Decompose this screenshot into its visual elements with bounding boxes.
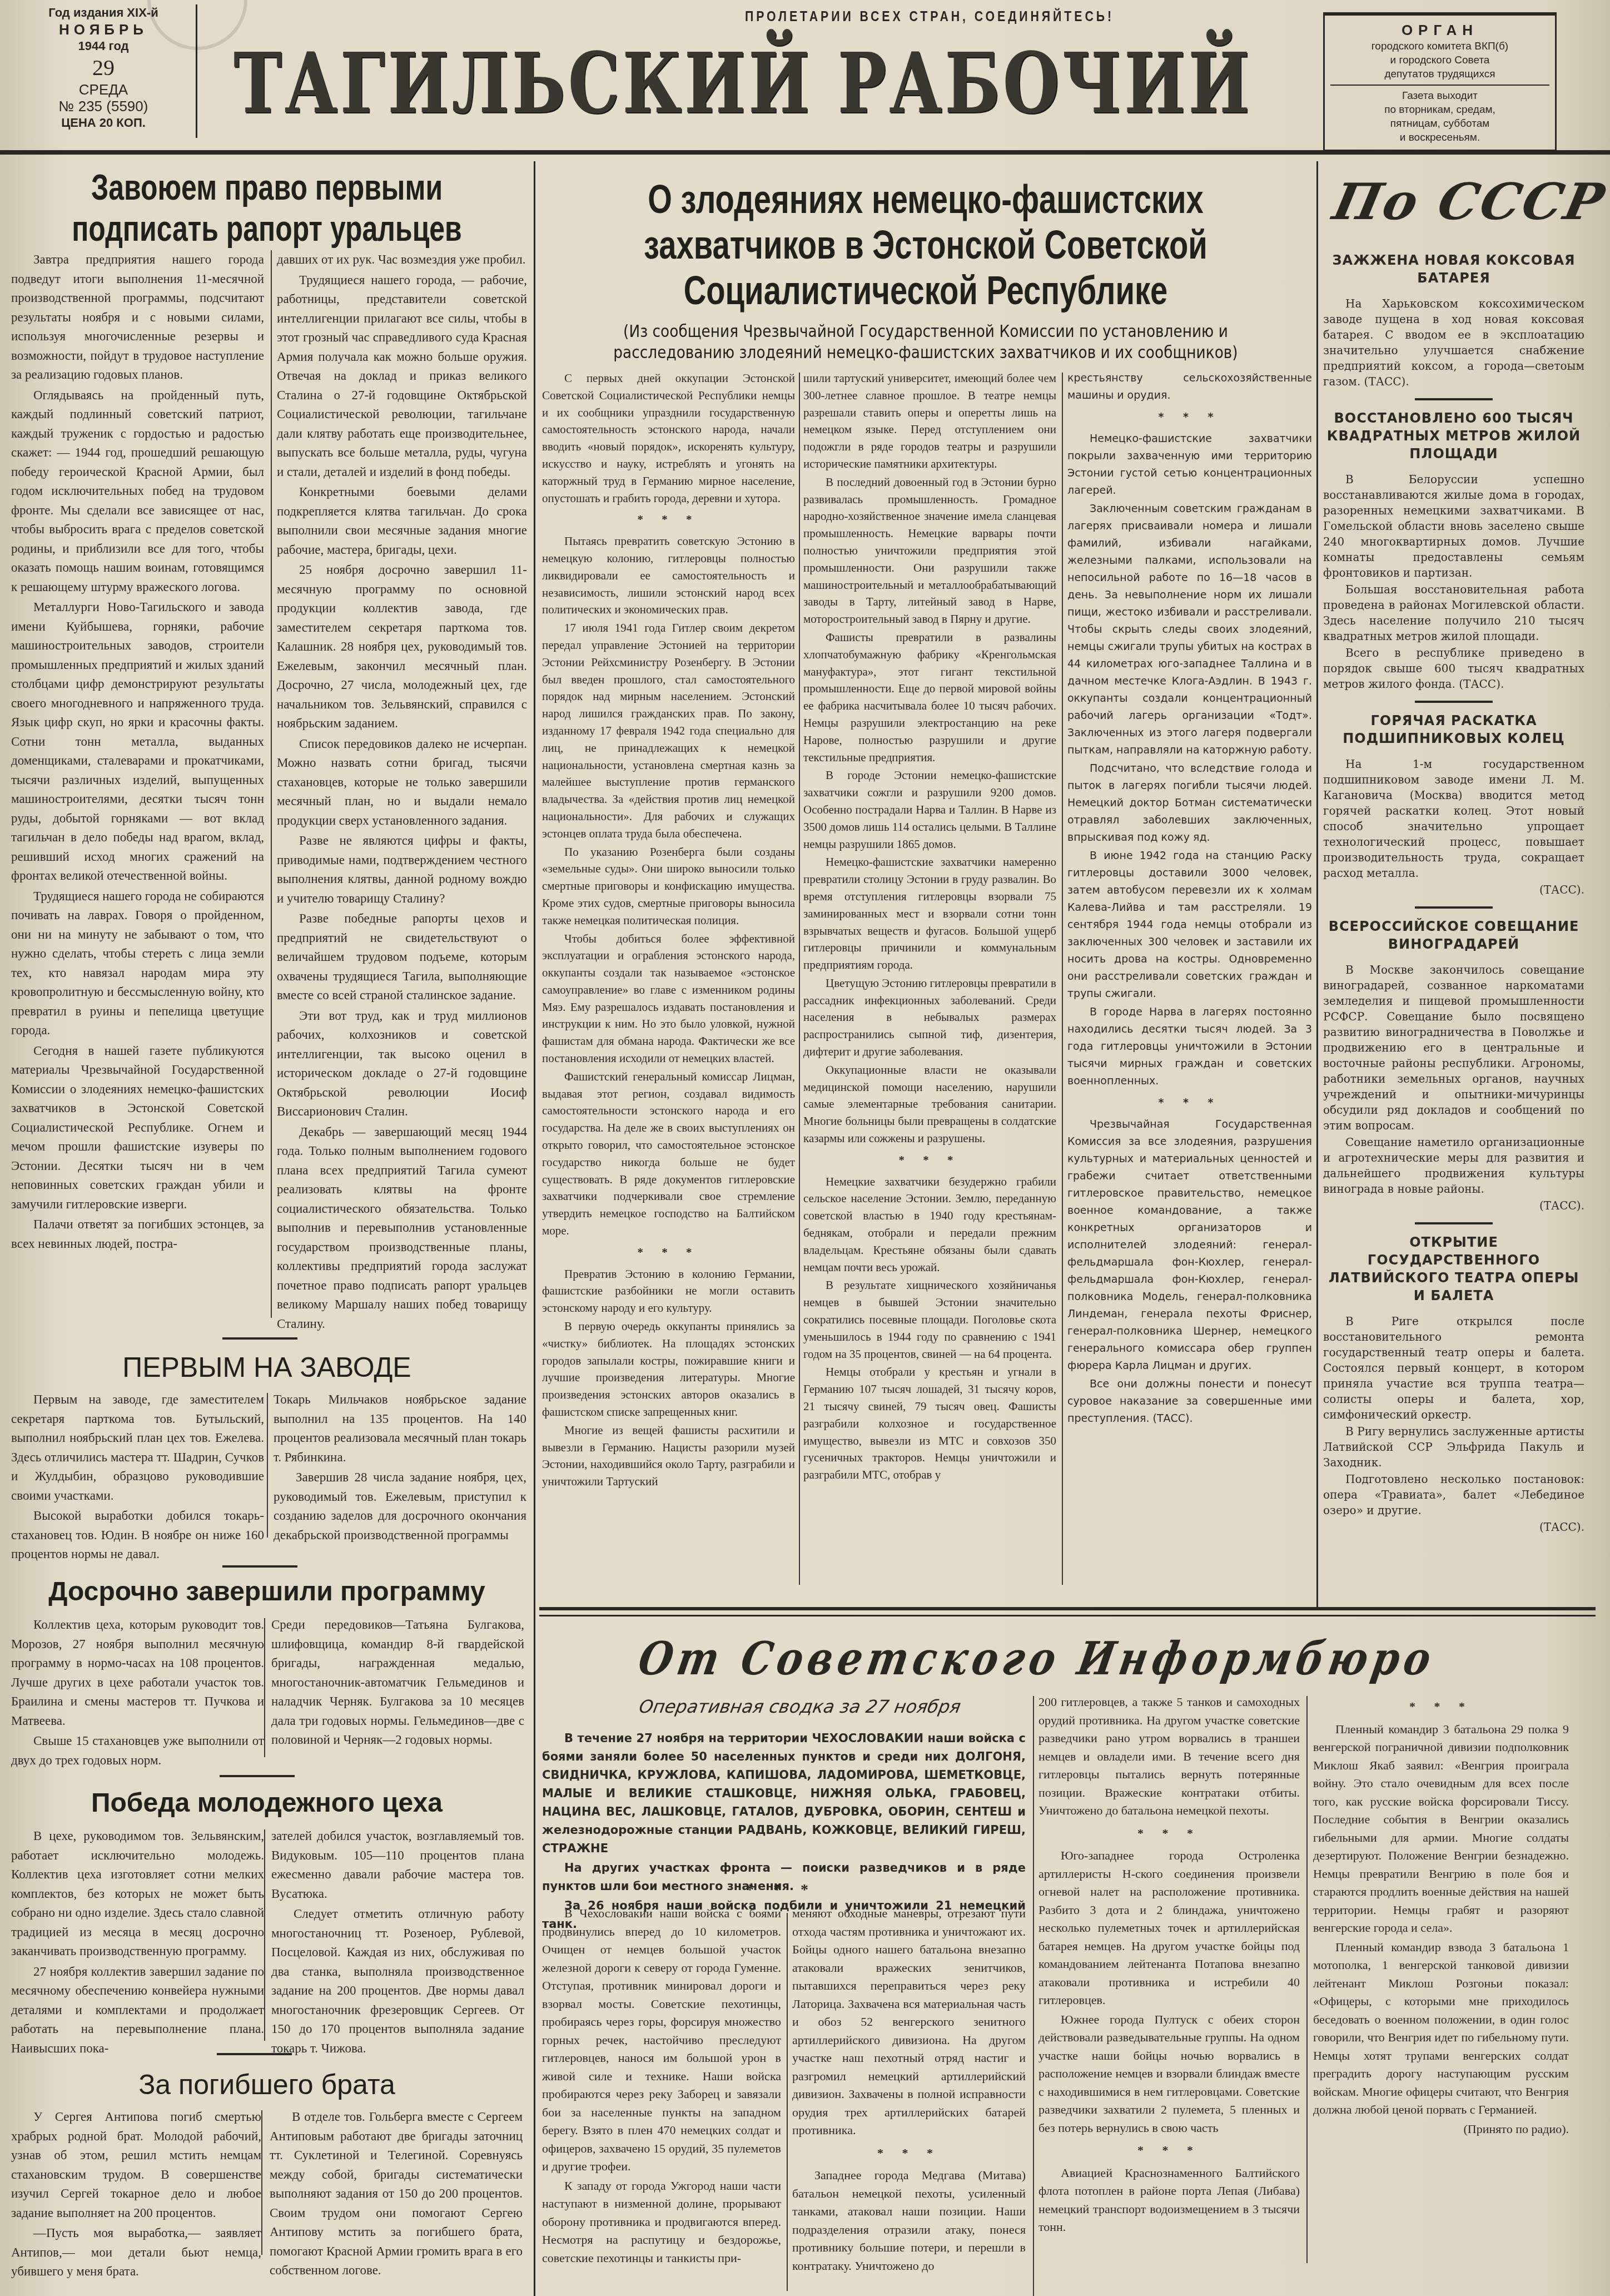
column-separator [267, 1393, 268, 1538]
paragraph: В городе Эстонии немецко-фашистские захв… [803, 767, 1056, 852]
paragraph: В Белоруссии успешно восстанавливаются ж… [1323, 472, 1584, 581]
estonia-col-2: шили тартуский университет, имеющий боле… [803, 370, 1056, 1485]
estonia-subheadline: (Из сообщения Чрезвычайной Государственн… [542, 321, 1309, 364]
paragraph: Подготовлено несколько постановок: опера… [1323, 1471, 1584, 1518]
estonia-col-1: С первых дней оккупации Эстонской Советс… [542, 370, 795, 1491]
paragraph: Превратив Эстонию в колонию Германии, фа… [542, 1266, 795, 1317]
paragraph: В течение 27 ноября на территории ЧЕХОСЛ… [542, 1729, 1026, 1858]
paragraph: Металлурги Ново-Тагильского и завода име… [11, 598, 264, 886]
radio-source-credit: (Принято по радио). [1313, 2120, 1569, 2139]
paragraph: —Пусть моя выработка,— заявляет Антипов,… [11, 2224, 261, 2282]
issue-year-label: Год издания XIX-й [11, 4, 196, 21]
column-separator [1306, 1696, 1308, 2263]
issue-day: 29 [11, 54, 196, 81]
fallen-brother-col-1: У Сергея Антипова погиб смертью храбрых … [11, 2107, 261, 2283]
paragraph: крестьянству сельскохозяйственные машины… [1067, 370, 1312, 404]
headline-line: Социалистической Республике [627, 268, 1225, 314]
paragraph: В Москве закончилось совещание винограда… [1323, 962, 1584, 1133]
masthead: Год издания XIX-й НОЯБРЬ 1944 год 29 СРЕ… [0, 0, 1610, 158]
issue-weekday: СРЕДА [11, 81, 196, 98]
sovinformburo-col-3: 200 гитлеровцев, а также 5 танков и само… [1038, 1693, 1300, 2238]
fallen-brother-headline: За погибшего брата [11, 2069, 523, 2101]
organ-title: ОРГАН [1325, 23, 1555, 37]
paragraph: Всего в республике приведено в порядок с… [1323, 645, 1584, 692]
section-stars: * * * [1313, 1698, 1569, 1716]
youth-shop-col-1: В цехе, руководимом тов. Зельвянским, ра… [11, 1827, 264, 2059]
column-separator [271, 250, 272, 1318]
youth-shop-col-2: зателей добился участок, возглавляемый т… [271, 1827, 524, 2059]
section-divider [1415, 701, 1493, 703]
column-separator [261, 2110, 262, 2255]
paragraph: 27 ноября коллектив завершил задание по … [11, 1962, 264, 2059]
paragraph: Немецко-фашистские захватчики покрыли за… [1067, 430, 1312, 499]
section-stars: * * * [1038, 2141, 1300, 2160]
paragraph: Немецко-фашистские захватчики намеренно … [803, 854, 1056, 974]
estonia-col-3: крестьянству сельскохозяйственные машины… [1067, 370, 1312, 1429]
news-headline: ЗАЖЖЕНА НОВАЯ КОКСОВАЯ БАТАРЕЯ [1323, 251, 1584, 287]
paragraph: На 1-м государственном подшипниковом зав… [1323, 756, 1584, 881]
column-separator [534, 161, 535, 1607]
masthead-rule [0, 150, 1610, 155]
news-headline: ОТКРЫТИЕ ГОСУДАРСТВЕННОГО ЛАТВИЙСКОГО ТЕ… [1323, 1233, 1584, 1305]
issue-info-box: Год издания XIX-й НОЯБРЬ 1944 год 29 СРЕ… [11, 4, 197, 138]
paragraph: Совещание наметило организационные и агр… [1323, 1134, 1584, 1197]
column-separator [264, 1618, 265, 1757]
headline-line: подписать рапорт уральцев [67, 208, 466, 249]
issue-number: № 235 (5590) [11, 98, 196, 115]
sovinformburo-lead: В течение 27 ноября на территории ЧЕХОСЛ… [542, 1729, 1026, 1935]
subheadline-text: (Из сообщения Чрезвычайной Государственн… [588, 321, 1263, 364]
paragraph: На Харьковском коксохимическом заводе пу… [1323, 296, 1584, 389]
section-divider [1415, 1222, 1493, 1224]
organ-info-box: ОРГАН городского комитета ВКП(б) и город… [1323, 12, 1557, 151]
news-headline: ГОРЯЧАЯ РАСКАТКА ПОДШИПНИКОВЫХ КОЛЕЦ [1323, 712, 1584, 747]
estonia-headline: О злодеяниях немецко-фашистских захватчи… [542, 177, 1309, 314]
paragraph: Завтра предприятия нашего города подведу… [11, 250, 264, 385]
column-separator [1033, 1696, 1034, 2296]
sovinformburo-title: От Советского Информбюро [635, 1632, 1440, 1685]
newspaper-title: ТАГИЛЬСКИЙ РАБОЧИЙ [233, 34, 1252, 132]
paragraph: Все они должны понести и понесут суровое… [1067, 1376, 1312, 1427]
newspaper-page: Год издания XIX-й НОЯБРЬ 1944 год 29 СРЕ… [0, 0, 1610, 2296]
paragraph: Трудящиеся нашего города не собираются п… [11, 887, 264, 1040]
schedule-line: по вторникам, средам, [1325, 103, 1555, 117]
column-separator [534, 1607, 535, 2296]
paragraph: Немцы отобрали у крестьян и угнали в Гер… [803, 1363, 1056, 1484]
fallen-brother-col-2: В отделе тов. Гольберга вместе с Сергеем… [270, 2107, 523, 2282]
paragraph: В июне 1942 года на станцию Раску гитлер… [1067, 847, 1312, 1003]
completed-early-headline: Досрочно завершили программу [11, 1576, 523, 1607]
section-stars: * * * [542, 1244, 795, 1261]
headline-line: Завоюем право первыми [67, 167, 466, 208]
schedule-line: пятницам, субботам [1325, 117, 1555, 131]
paragraph: Немецкие захватчики безудержно грабили с… [803, 1173, 1056, 1276]
issue-price: ЦЕНА 20 КОП. [11, 115, 196, 131]
paragraph: У Сергея Антипова погиб смертью храбрых … [11, 2107, 261, 2223]
sovinformburo-col-4: * * * Пленный командир 3 батальона 29 по… [1313, 1693, 1569, 2138]
paragraph: Разве не являются цифры и факты, приводи… [277, 831, 527, 908]
paragraph: С первых дней оккупации Эстонской Советс… [542, 370, 795, 507]
first-at-factory-col-2: Токарь Мильчаков ноябрьское задание выпо… [274, 1390, 526, 1546]
issue-month: НОЯБРЬ [11, 21, 196, 38]
paragraph: Разве победные рапорты цехов и предприят… [277, 909, 527, 1005]
ussr-section-title: По СССР [1328, 172, 1610, 231]
headline-line: захватчиков в Эстонской Советской [627, 222, 1225, 268]
paragraph: Сегодня в нашей газете публикуются матер… [11, 1042, 264, 1214]
paragraph: Декабрь — завершающий месяц 1944 года. Т… [277, 1123, 527, 1334]
section-divider [1415, 398, 1493, 400]
paragraph: 25 ноября досрочно завершил 11-месячную … [277, 561, 527, 733]
paragraph: Фашистский генеральный комиссар Лицман, … [542, 1068, 795, 1239]
paragraph: В цехе, руководимом тов. Зельвянским, ра… [11, 1827, 264, 1961]
paragraph: В Чехословакии наши войска с боями продв… [542, 1905, 781, 2176]
section-divider [1415, 906, 1493, 909]
news-headline: ВСЕРОССИЙСКОЕ СОВЕЩАНИЕ ВИНОГРАДАРЕЙ [1323, 918, 1584, 953]
paragraph: В последний довоенный год в Эстонии бурн… [803, 474, 1056, 628]
paragraph: Первым на заводе, где заместителем секре… [11, 1390, 264, 1505]
column-separator [799, 373, 800, 1585]
paragraph: Завершив 28 числа задание ноября, цех, р… [274, 1468, 526, 1545]
paragraph: Цветущую Эстонию гитлеровцы превратили в… [803, 975, 1056, 1060]
editorial-col-1: Завтра предприятия нашего города подведу… [11, 250, 264, 1254]
section-divider [222, 1565, 297, 1568]
section-stars: * * * [739, 1881, 823, 1899]
paragraph: Оккупационные власти не оказывали медици… [803, 1062, 1056, 1147]
paragraph: Конкретными боевыми делами подкрепляется… [277, 483, 527, 559]
editorial-col-2: давших от их рук. Час возмездия уже проб… [277, 250, 527, 1335]
completed-early-col-1: Коллектив цеха, которым руководит тов. М… [11, 1615, 264, 1771]
paragraph: Южнее города Пултуск с обеих сторон дейс… [1038, 2011, 1300, 2138]
paragraph: Свыше 15 стахановцев уже выполнили от дв… [11, 1732, 264, 1770]
paragraph: Пленный командир взвода 3 батальона 1 мо… [1313, 1938, 1569, 2119]
paragraph: 200 гитлеровцев, а также 5 танков и само… [1038, 1693, 1300, 1820]
paragraph: Фашисты превратили в развалины хлопчатоб… [803, 629, 1056, 766]
section-rule [539, 1607, 1596, 1610]
paragraph: К западу от города Ужгород наши части на… [542, 2177, 781, 2268]
paragraph: зателей добился участок, возглавляемый т… [271, 1827, 524, 1903]
column-separator [787, 1913, 788, 2291]
section-stars: * * * [1067, 409, 1312, 426]
schedule-line: Газета выходит [1325, 89, 1555, 103]
organ-line: и городского Совета [1325, 53, 1555, 67]
paragraph: По указанию Розенберга были созданы «зем… [542, 844, 795, 929]
paragraph: Чтобы добиться более эффективной эксплуа… [542, 930, 795, 1067]
paragraph: 17 июля 1941 года Гитлер своим декретом … [542, 619, 795, 842]
first-at-factory-headline: ПЕРВЫМ НА ЗАВОДЕ [11, 1351, 523, 1383]
tass-credit: (ТАСС). [1323, 1519, 1584, 1535]
paragraph: Коллектив цеха, которым руководит тов. М… [11, 1615, 264, 1730]
column-separator [1062, 373, 1063, 1585]
paragraph: Пытаясь превратить советскую Эстонию в н… [542, 533, 795, 618]
paragraph: Пленный командир 3 батальона 29 полка 9 … [1313, 1720, 1569, 1937]
paragraph: Юго-западнее города Остроленка артиллери… [1038, 1847, 1300, 2010]
paragraph: Токарь Мильчаков ноябрьское задание выпо… [274, 1390, 526, 1467]
paragraph: шили тартуский университет, имеющий боле… [803, 370, 1056, 473]
tass-credit: (ТАСС). [1323, 882, 1584, 897]
paragraph: В Ригу вернулись заслуженные артисты Лат… [1323, 1424, 1584, 1470]
section-divider [220, 1775, 295, 1777]
organ-divider [1330, 85, 1549, 86]
ussr-news-column: ЗАЖЖЕНА НОВАЯ КОКСОВАЯ БАТАРЕЯ На Харько… [1323, 245, 1584, 1535]
paragraph: меняют обходные маневры, отрезают пути о… [792, 1905, 1026, 2140]
paragraph: Авиацией Краснознаменного Балтийского фл… [1038, 2164, 1300, 2237]
paragraph: Оглядываясь на пройденный путь, каждый п… [11, 386, 264, 597]
first-at-factory-col-1: Первым на заводе, где заместителем секре… [11, 1390, 264, 1565]
section-stars: * * * [1067, 1094, 1312, 1112]
completed-early-col-2: Среди передовиков—Татьяна Булгакова, шли… [271, 1615, 524, 1751]
paragraph: Высокой выработки добился токарь-стахано… [11, 1506, 264, 1564]
editorial-headline: Завоюем право первыми подписать рапорт у… [11, 167, 523, 249]
sovinformburo-col-2: меняют обходные маневры, отрезают пути о… [792, 1905, 1026, 2276]
section-divider [217, 2053, 292, 2055]
organ-line: депутатов трудящихся [1325, 67, 1555, 81]
paragraph: Многие из вещей фашисты расхитили и выве… [542, 1422, 795, 1490]
organ-line: городского комитета ВКП(б) [1325, 39, 1555, 53]
paragraph: Следует отметить отличную работу многост… [271, 1905, 524, 2058]
section-stars: * * * [792, 2144, 1026, 2163]
paragraph: Эти вот труд, как и труд миллионов рабоч… [277, 1006, 527, 1122]
issue-year: 1944 год [11, 38, 196, 54]
schedule-line: и воскресеньям. [1325, 131, 1555, 145]
paragraph: Большая восстановительная работа проведе… [1323, 582, 1584, 644]
tass-credit: (ТАСС). [1323, 1198, 1584, 1213]
sovinformburo-subtitle: Оперативная сводка за 27 ноября [638, 1696, 963, 1717]
paragraph: давших от их рук. Час возмездия уже проб… [277, 250, 527, 270]
headline-line: О злодеяниях немецко-фашистских [627, 177, 1225, 222]
column-separator [1316, 161, 1318, 1607]
paragraph: Чрезвычайная Государственная Комиссия за… [1067, 1116, 1312, 1375]
paragraph: Среди передовиков—Татьяна Булгакова, шли… [271, 1615, 524, 1750]
section-rule [539, 1615, 1596, 1616]
section-stars: * * * [803, 1152, 1056, 1169]
paragraph: В результате хищнического хозяйничанья н… [803, 1277, 1056, 1362]
paragraph: Список передовиков далеко не исчерпан. М… [277, 735, 527, 831]
section-stars: * * * [1038, 1824, 1300, 1843]
paragraph: Палачи ответят за погибших эстонцев, за … [11, 1215, 264, 1253]
sovinformburo-col-1: В Чехословакии наши войска с боями продв… [542, 1905, 781, 2268]
paragraph: В городе Нарва в лагерях постоянно наход… [1067, 1004, 1312, 1090]
column-separator [264, 1829, 265, 2041]
youth-shop-headline: Победа молодежного цеха [11, 1788, 523, 1818]
paragraph: В отделе тов. Гольберга вместе с Сергеем… [270, 2107, 523, 2280]
section-divider [222, 1337, 297, 1340]
section-stars: * * * [542, 511, 795, 528]
paragraph: Западнее города Медгава (Митава) батальо… [792, 2166, 1026, 2275]
masthead-slogan: ПРОЛЕТАРИИ ВСЕХ СТРАН, СОЕДИНЯЙТЕСЬ! [745, 8, 1114, 25]
paragraph: В Риге открылся после восстановительного… [1323, 1313, 1584, 1422]
paragraph: Подсчитано, что вследствие голода и пыто… [1067, 760, 1312, 846]
paragraph: В первую очередь оккупанты принялись за … [542, 1318, 795, 1421]
paragraph: Трудящиеся нашего города, — рабочие, раб… [277, 271, 527, 482]
paragraph: Заключенным советским гражданам в лагеря… [1067, 500, 1312, 759]
news-headline: ВОССТАНОВЛЕНО 600 ТЫСЯЧ КВАДРАТНЫХ МЕТРО… [1323, 409, 1584, 463]
